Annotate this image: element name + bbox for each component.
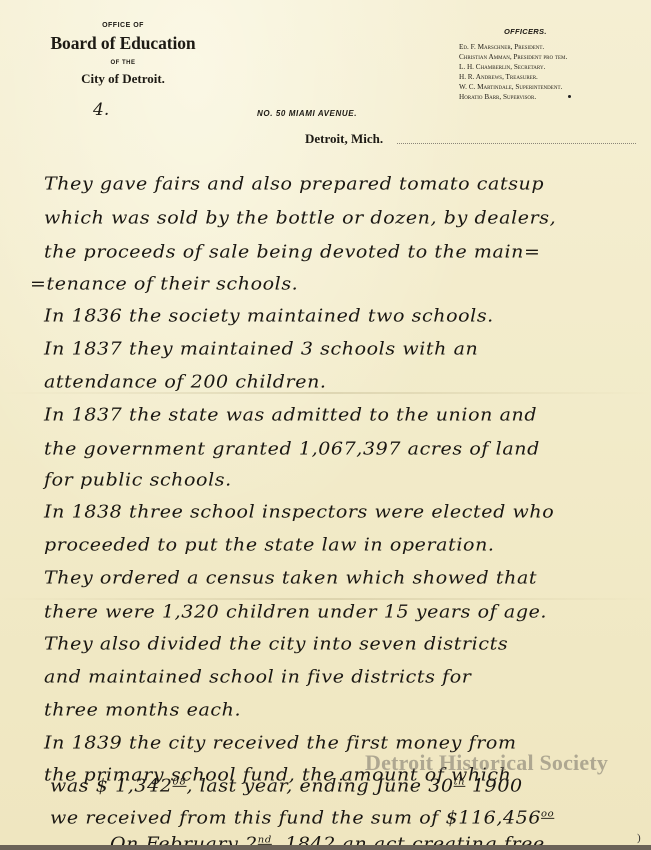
body-line: They also divided the city into seven di… [44, 634, 508, 654]
officer-item: Ed. F. Marschner, President. [459, 42, 649, 52]
watermark: Detroit Historical Society [365, 750, 608, 776]
paper-fold [0, 392, 651, 394]
ink-dot [568, 95, 571, 98]
officer-item: Christian Amman, President pro tem. [459, 52, 649, 62]
body-line: proceeded to put the state law in operat… [44, 535, 495, 555]
body-line: attendance of 200 children. [44, 372, 327, 392]
body-line-amount: was $ 1,34208, last year, ending June 30… [50, 776, 523, 796]
street-address: NO. 50 MIAMI AVENUE. [257, 109, 357, 118]
body-line: and maintained school in five districts … [44, 667, 471, 687]
officer-item: H. R. Andrews, Treasurer. [459, 72, 649, 82]
officer-item: W. C. Martindale, Superintendent. [459, 82, 649, 92]
office-of-label: OFFICE OF [28, 22, 218, 29]
body-line: the government granted 1,067,397 acres o… [44, 439, 540, 459]
body-line: for public schools. [44, 470, 232, 490]
body-line: They ordered a census taken which showed… [44, 568, 537, 588]
body-line: In 1838 three school inspectors were ele… [44, 502, 554, 522]
officer-item: Horatio Barr, Supervisor. [459, 92, 649, 102]
body-line: three months each. [44, 700, 241, 720]
officer-list: Ed. F. Marschner, President. Christian A… [459, 42, 649, 102]
officers-block: OFFICERS. Ed. F. Marschner, President. C… [459, 27, 649, 102]
officers-title: OFFICERS. [504, 27, 649, 36]
paper-fold [0, 598, 651, 600]
body-line: which was sold by the bottle or dozen, b… [44, 208, 556, 228]
body-line: there were 1,320 children under 15 years… [44, 602, 547, 622]
officer-item: L. H. Chamberlin, Secretary. [459, 62, 649, 72]
of-the-label: OF THE [28, 60, 218, 66]
letterhead-left: OFFICE OF Board of Education OF THE City… [28, 22, 218, 87]
page-edge [0, 845, 651, 850]
date-line [397, 143, 636, 144]
corner-mark: ) [637, 832, 641, 844]
body-line: In 1836 the society maintained two schoo… [44, 306, 494, 326]
body-line: =tenance of their schools. [30, 274, 298, 294]
body-line: In 1837 the state was admitted to the un… [44, 405, 537, 425]
city-title: City of Detroit. [28, 71, 218, 87]
body-line: They gave fairs and also prepared tomato… [44, 174, 544, 194]
body-line-sum: we received from this fund the sum of $1… [50, 808, 554, 828]
body-line: the proceeds of sale being devoted to th… [44, 242, 541, 262]
board-title: Board of Education [28, 33, 218, 54]
place-label: Detroit, Mich. [305, 131, 383, 147]
body-line: In 1837 they maintained 3 schools with a… [44, 339, 478, 359]
page-number: 4. [93, 100, 109, 120]
letter-page: OFFICE OF Board of Education OF THE City… [0, 0, 651, 850]
